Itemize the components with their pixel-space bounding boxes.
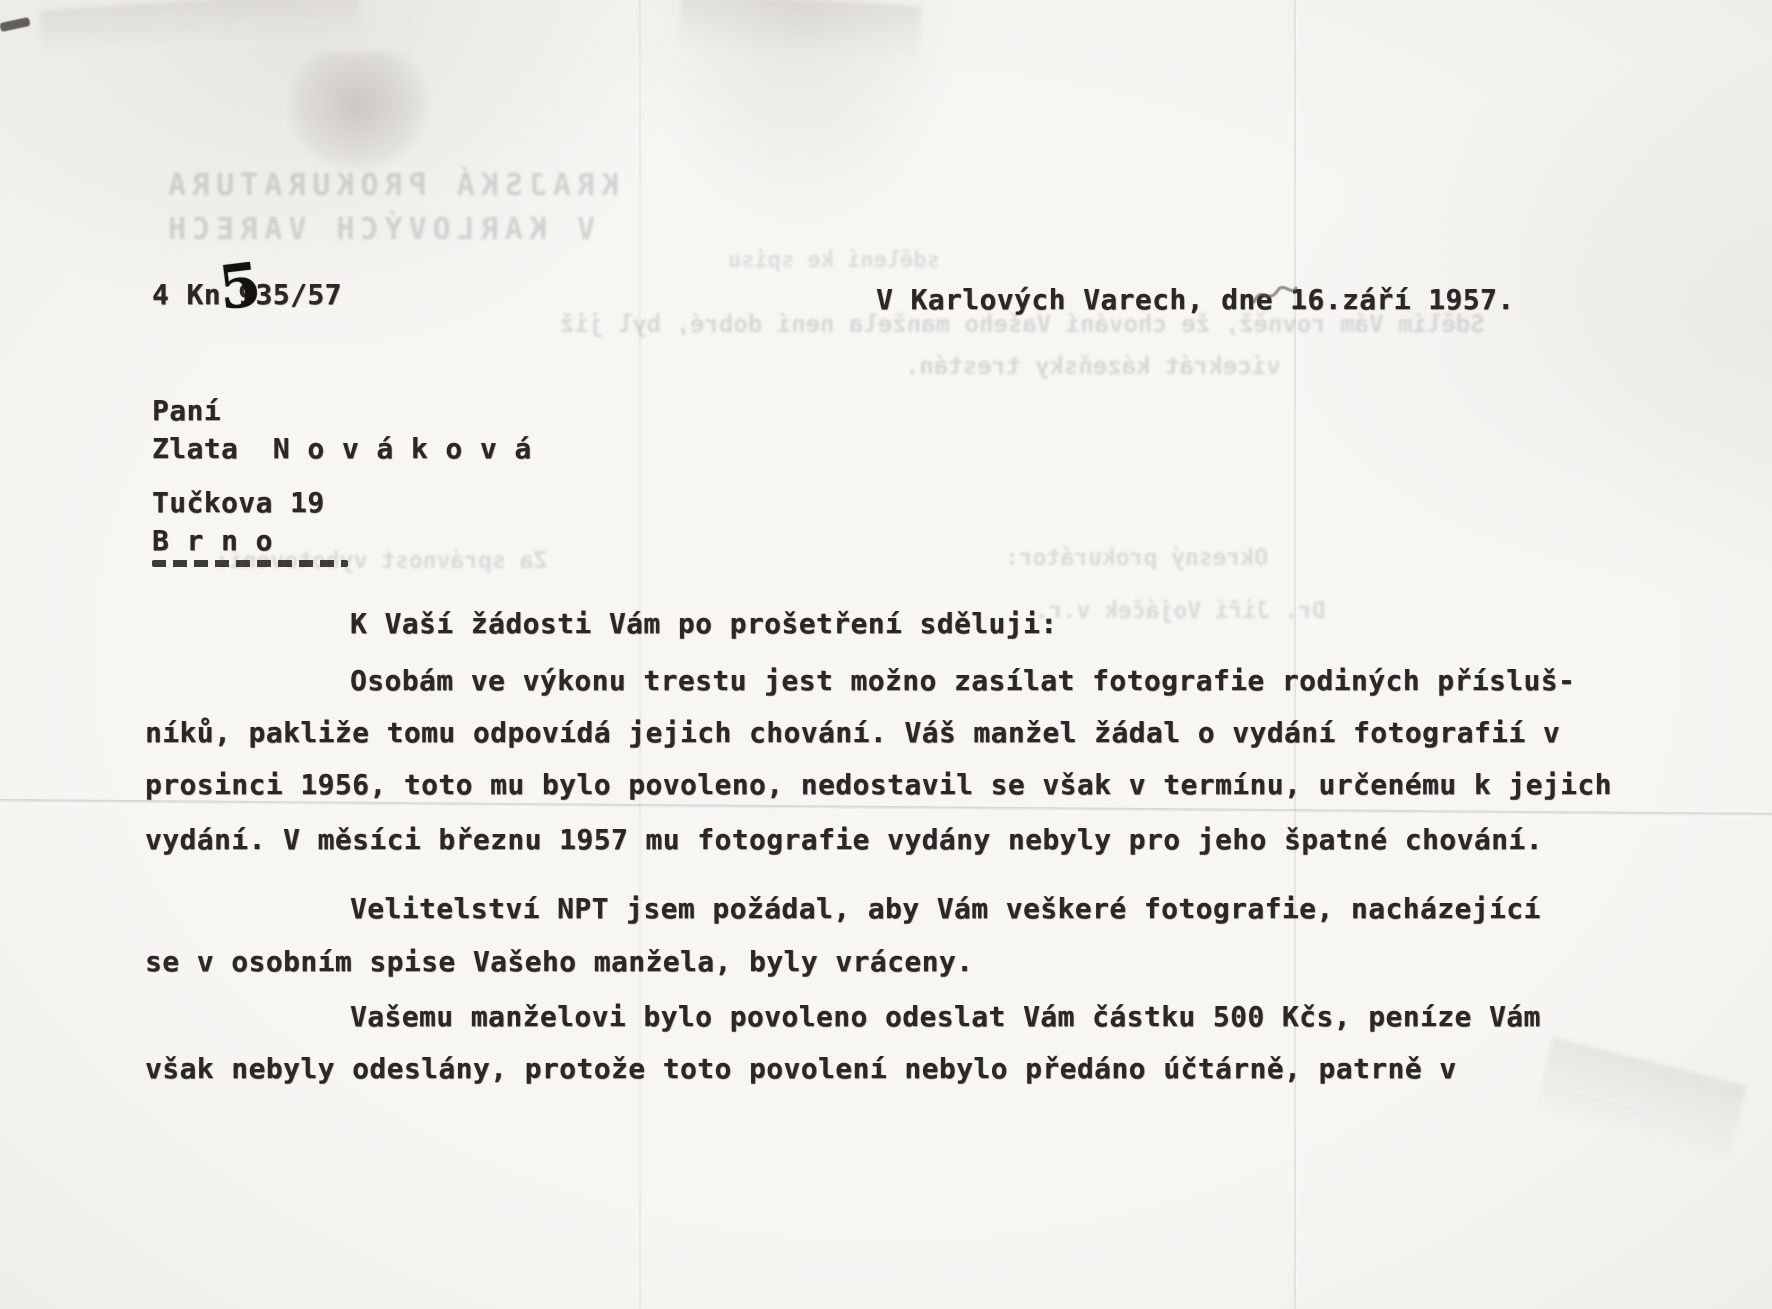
city-underline — [152, 560, 348, 567]
body-line: však nebyly odeslány, protože toto povol… — [145, 1052, 1457, 1085]
paper-wrinkle — [39, 0, 361, 56]
body-line: Vašemu manželovi bylo povoleno odeslat V… — [145, 1000, 1541, 1033]
body-line: K Vaší žádosti Vám po prošetření sděluji… — [145, 607, 1058, 640]
bleedthrough-fragment: vícekrát kázeňsky trestán. — [905, 352, 1281, 380]
body-line: prosinci 1956, toto mu bylo povoleno, ne… — [145, 768, 1612, 801]
corner-ink-mark — [0, 17, 31, 32]
vertical-fold-crease — [1293, 0, 1299, 1309]
bleedthrough-fragment: Dr. Jiří Vojáček v.r. — [1035, 598, 1326, 624]
recipient-street: Tučkova 19 — [152, 486, 325, 519]
paper-wrinkle — [1533, 1037, 1746, 1163]
recipient-salutation: Paní — [152, 394, 221, 427]
pencil-mark — [1252, 280, 1298, 310]
bleedthrough-fragment: Okresný prokurátor: — [1005, 545, 1268, 571]
bleedthrough-fragment: sdělení ke spisu — [728, 248, 940, 273]
bleedthrough-stamp-line2: V KARLOVÝCH VARECH — [162, 212, 595, 247]
vertical-fold-crease — [638, 0, 642, 1309]
body-line: vydání. V měsíci březnu 1957 mu fotograf… — [145, 823, 1543, 856]
body-line: Velitelství NPT jsem požádal, aby Vám ve… — [145, 892, 1541, 925]
recipient-name: Zlata N o v á k o v á — [152, 432, 532, 465]
dateline: V Karlových Varech, dne 16.září 1957. — [876, 283, 1515, 316]
embossed-emblem-ghost — [288, 52, 428, 170]
scanned-letter-page: KRAJSKÁ PROKURATURA V KARLOVÝCH VARECH s… — [0, 0, 1772, 1309]
body-line: Osobám ve výkonu trestu jest možno zasíl… — [145, 664, 1575, 697]
body-line: se v osobním spise Vašeho manžela, byly … — [145, 945, 973, 978]
handwritten-correction-digit: 5 — [215, 250, 265, 325]
recipient-city: B r n o — [152, 524, 273, 557]
paper-wrinkle — [679, 0, 922, 61]
horizontal-fold-crease — [0, 799, 1772, 818]
body-line: níků, pakliže tomu odpovídá jejich chová… — [145, 716, 1560, 749]
bleedthrough-stamp-line1: KRAJSKÁ PROKURATURA — [162, 168, 619, 203]
